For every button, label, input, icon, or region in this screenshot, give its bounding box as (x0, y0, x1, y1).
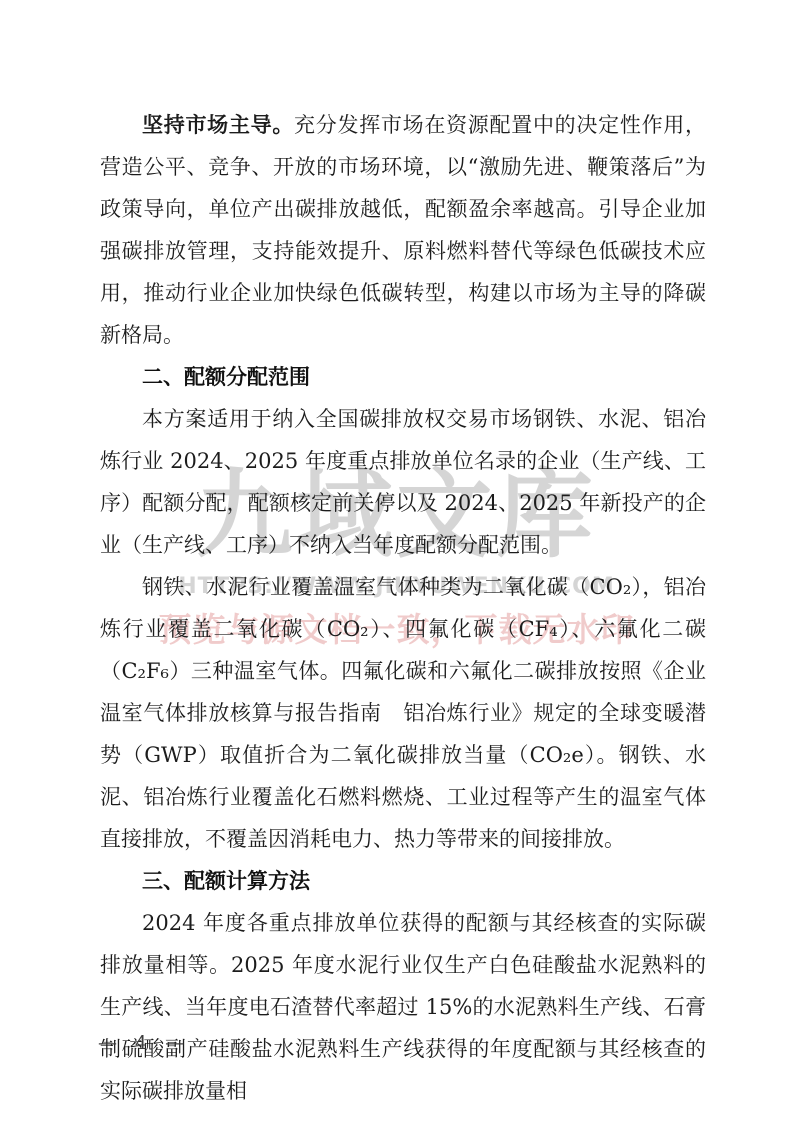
paragraph-market-leading-bold-lead: 坚持市场主导。 (142, 113, 294, 137)
section-heading-calculation-method: 三、配额计算方法 (100, 860, 706, 902)
paragraph-scope-applicability: 本方案适用于纳入全国碳排放权交易市场钢铁、水泥、铝冶炼行业 2024、2025 … (100, 398, 706, 566)
page-number: — 4 — (98, 1032, 190, 1054)
paragraph-market-leading-text: 充分发挥市场在资源配置中的决定性作用，营造公平、竞争、开放的市场环境，以“激励先… (100, 113, 706, 347)
paragraph-covered-greenhouse-gases: 钢铁、水泥行业覆盖温室气体种类为二氧化碳（CO₂），铝冶炼行业覆盖二氧化碳（CO… (100, 566, 706, 860)
document-body: 坚持市场主导。充分发挥市场在资源配置中的决定性作用，营造公平、竞争、开放的市场环… (100, 104, 706, 1112)
section-heading-allocation-scope: 二、配额分配范围 (100, 356, 706, 398)
paragraph-calculation-method: 2024 年度各重点排放单位获得的配额与其经核查的实际碳排放量相等。2025 年… (100, 902, 706, 1112)
document-page: 九域文库 HTTPS://WWW.JIUYUWENKU.COM 预览与源文档一致… (0, 0, 793, 1122)
paragraph-market-leading: 坚持市场主导。充分发挥市场在资源配置中的决定性作用，营造公平、竞争、开放的市场环… (100, 104, 706, 356)
